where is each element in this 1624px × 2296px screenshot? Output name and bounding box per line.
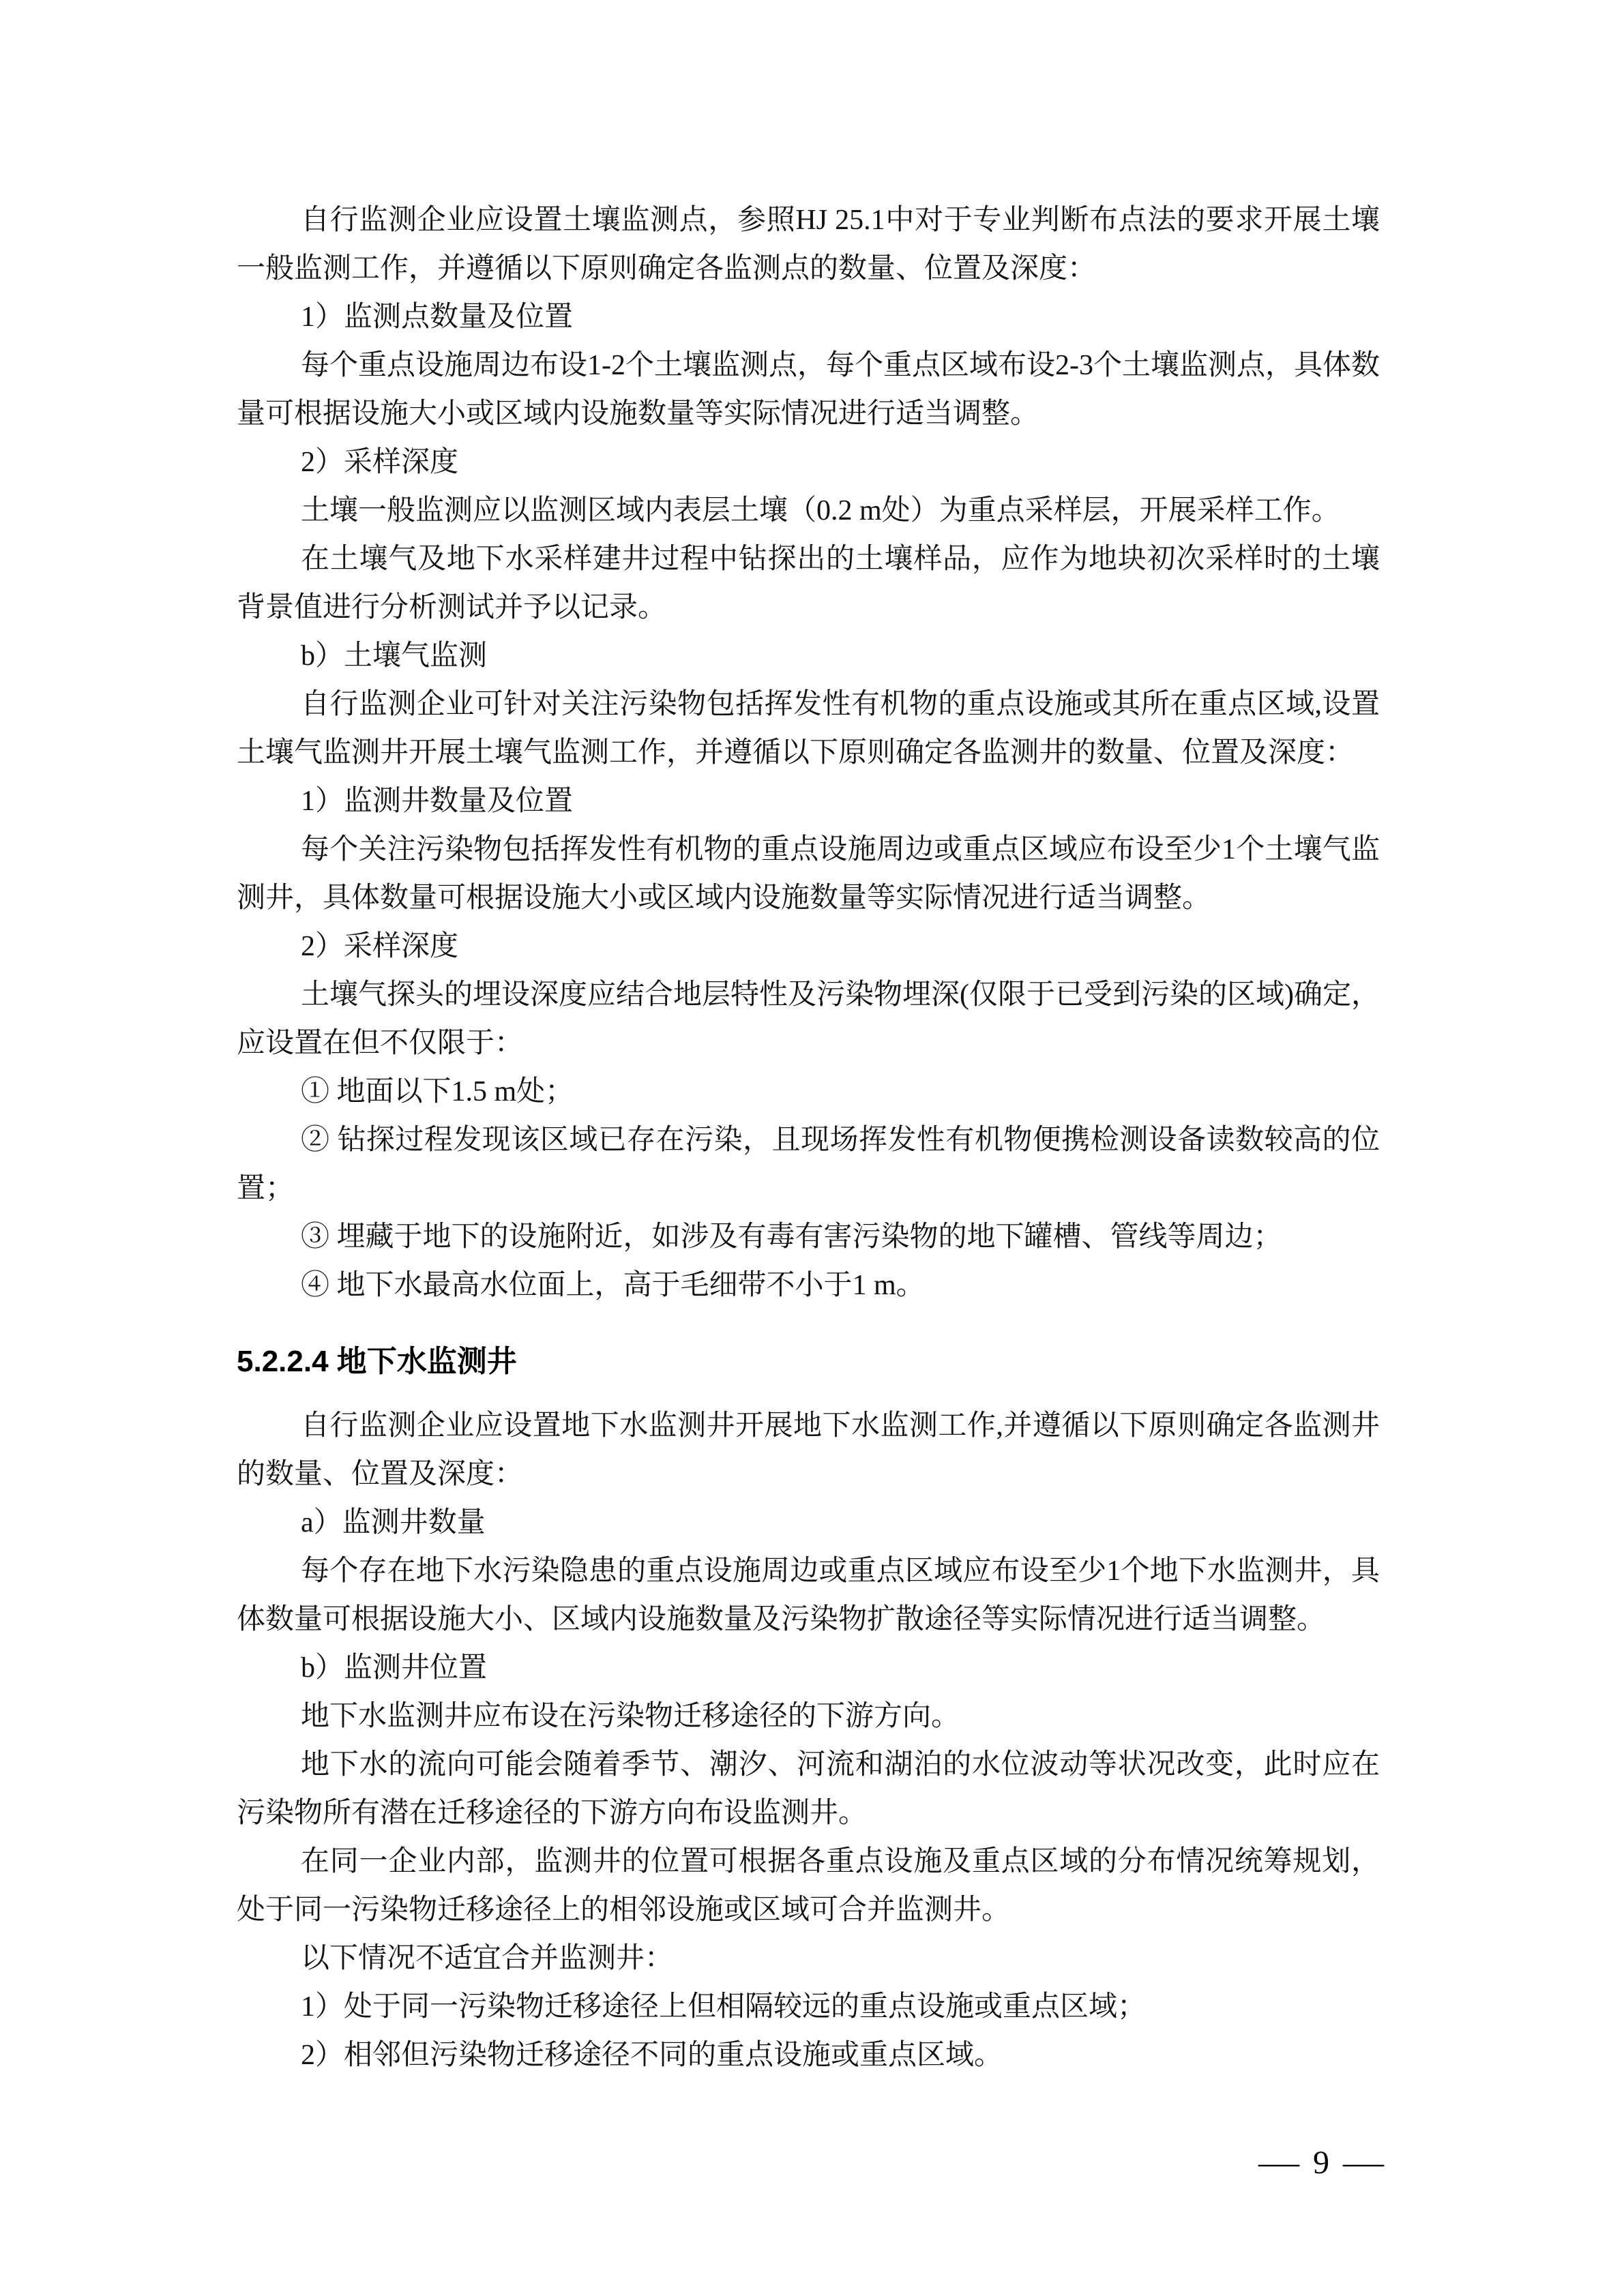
numbered-item: 2）采样深度 [237,438,1380,487]
page-number: 9 [1313,2144,1329,2181]
body-paragraph: 自行监测企业应设置地下水监测井开展地下水监测工作,并遵循以下原则确定各监测井的数… [237,1402,1380,1499]
body-paragraph: 土壤一般监测应以监测区域内表层土壤（0.2 m处）为重点采样层，开展采样工作。 [237,487,1380,535]
body-paragraph: 每个关注污染物包括挥发性有机物的重点设施周边或重点区域应布设至少1个土壤气监测井… [237,826,1380,923]
document-page: 自行监测企业应设置土壤监测点，参照HJ 25.1中对于专业判断布点法的要求开展土… [0,0,1624,2296]
numbered-item: 1）监测点数量及位置 [237,293,1380,342]
section-heading: 5.2.2.4 地下水监测井 [237,1337,1380,1386]
page-content: 自行监测企业应设置土壤监测点，参照HJ 25.1中对于专业判断布点法的要求开展土… [237,196,1380,2080]
body-paragraph: 每个存在地下水污染隐患的重点设施周边或重点区域应布设至少1个地下水监测井，具体数… [237,1547,1380,1644]
circled-item: ② 钻探过程发现该区域已存在污染，且现场挥发性有机物便携检测设备读数较高的位置； [237,1116,1380,1213]
body-paragraph: 地下水监测井应布设在污染物迁移途径的下游方向。 [237,1693,1380,1741]
numbered-item: 1）处于同一污染物迁移途径上但相隔较远的重点设施或重点区域； [237,1983,1380,2031]
footer-dash-left: — [1258,2144,1299,2181]
footer-dash-right: — [1343,2144,1384,2181]
numbered-item: 2）相邻但污染物迁移途径不同的重点设施或重点区域。 [237,2031,1380,2080]
lettered-item: a）监测井数量 [237,1499,1380,1547]
lettered-item: b）土壤气监测 [237,632,1380,681]
body-paragraph: 地下水的流向可能会随着季节、潮汐、河流和湖泊的水位波动等状况改变，此时应在污染物… [237,1741,1380,1838]
circled-item: ① 地面以下1.5 m处； [237,1068,1380,1116]
circled-item: ④ 地下水最高水位面上，高于毛细带不小于1 m。 [237,1262,1380,1310]
body-paragraph: 自行监测企业可针对关注污染物包括挥发性有机物的重点设施或其所在重点区域,设置土壤… [237,681,1380,777]
body-paragraph: 土壤气探头的埋设深度应结合地层特性及污染物埋深(仅限于已受到污染的区域)确定，应… [237,971,1380,1068]
lettered-item: b）监测井位置 [237,1644,1380,1693]
numbered-item: 1）监测井数量及位置 [237,777,1380,826]
numbered-item: 2）采样深度 [237,923,1380,971]
body-paragraph: 每个重点设施周边布设1-2个土壤监测点，每个重点区域布设2-3个土壤监测点，具体… [237,342,1380,438]
page-footer: — 9 — [1263,2144,1380,2181]
body-paragraph: 以下情况不适宜合并监测井： [237,1935,1380,1983]
body-paragraph: 自行监测企业应设置土壤监测点，参照HJ 25.1中对于专业判断布点法的要求开展土… [237,196,1380,293]
body-paragraph: 在同一企业内部，监测井的位置可根据各重点设施及重点区域的分布情况统筹规划，处于同… [237,1838,1380,1935]
body-paragraph: 在土壤气及地下水采样建井过程中钻探出的土壤样品，应作为地块初次采样时的土壤背景值… [237,535,1380,632]
circled-item: ③ 埋藏于地下的设施附近，如涉及有毒有害污染物的地下罐槽、管线等周边； [237,1213,1380,1262]
